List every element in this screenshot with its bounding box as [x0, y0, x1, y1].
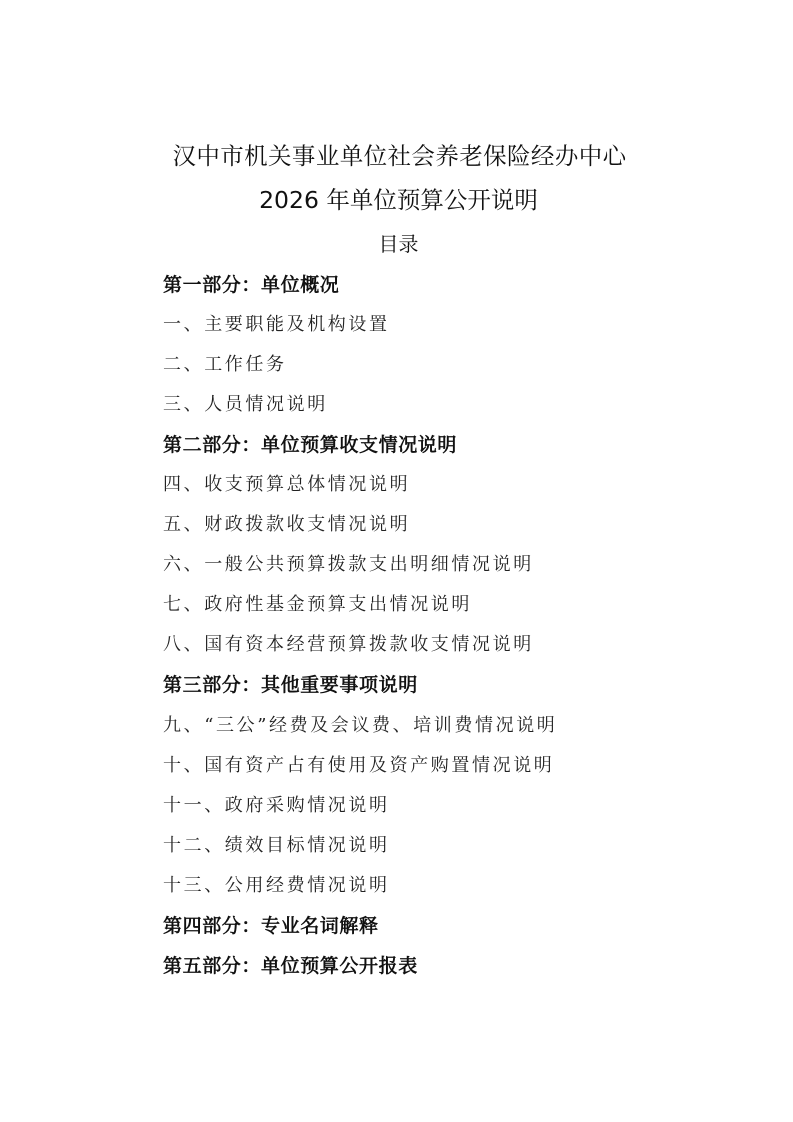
toc-item-13: 十三、公用经费情况说明 [163, 872, 723, 912]
toc-heading: 目录 [0, 230, 793, 258]
toc-item-7: 七、政府性基金预算支出情况说明 [163, 591, 723, 631]
toc-part-2: 第二部分：单位预算收支情况说明 [163, 431, 723, 471]
toc-item-11: 十一、政府采购情况说明 [163, 792, 723, 832]
document-subtitle: 2026 年单位预算公开说明 [0, 185, 793, 215]
toc-part-1: 第一部分：单位概况 [163, 271, 723, 311]
toc-part-4: 第四部分：专业名词解释 [163, 912, 723, 952]
toc-part-3: 第三部分：其他重要事项说明 [163, 671, 723, 711]
toc-item-2: 二、工作任务 [163, 351, 723, 391]
document-page: 汉中市机关事业单位社会养老保险经办中心 2026 年单位预算公开说明 目录 第一… [0, 0, 793, 1122]
toc-item-1: 一、主要职能及机构设置 [163, 311, 723, 351]
toc-item-3: 三、人员情况说明 [163, 391, 723, 431]
toc-item-12: 十二、绩效目标情况说明 [163, 832, 723, 872]
toc-item-9: 九、“三公”经费及会议费、培训费情况说明 [163, 712, 723, 752]
toc-item-6: 六、一般公共预算拨款支出明细情况说明 [163, 551, 723, 591]
toc-item-4: 四、收支预算总体情况说明 [163, 471, 723, 511]
toc-part-5: 第五部分：单位预算公开报表 [163, 952, 723, 992]
toc-item-8: 八、国有资本经营预算拨款收支情况说明 [163, 631, 723, 671]
toc-item-5: 五、财政拨款收支情况说明 [163, 511, 723, 551]
table-of-contents: 第一部分：单位概况 一、主要职能及机构设置 二、工作任务 三、人员情况说明 第二… [163, 271, 723, 992]
toc-item-10: 十、国有资产占有使用及资产购置情况说明 [163, 752, 723, 792]
document-title: 汉中市机关事业单位社会养老保险经办中心 [0, 141, 793, 171]
